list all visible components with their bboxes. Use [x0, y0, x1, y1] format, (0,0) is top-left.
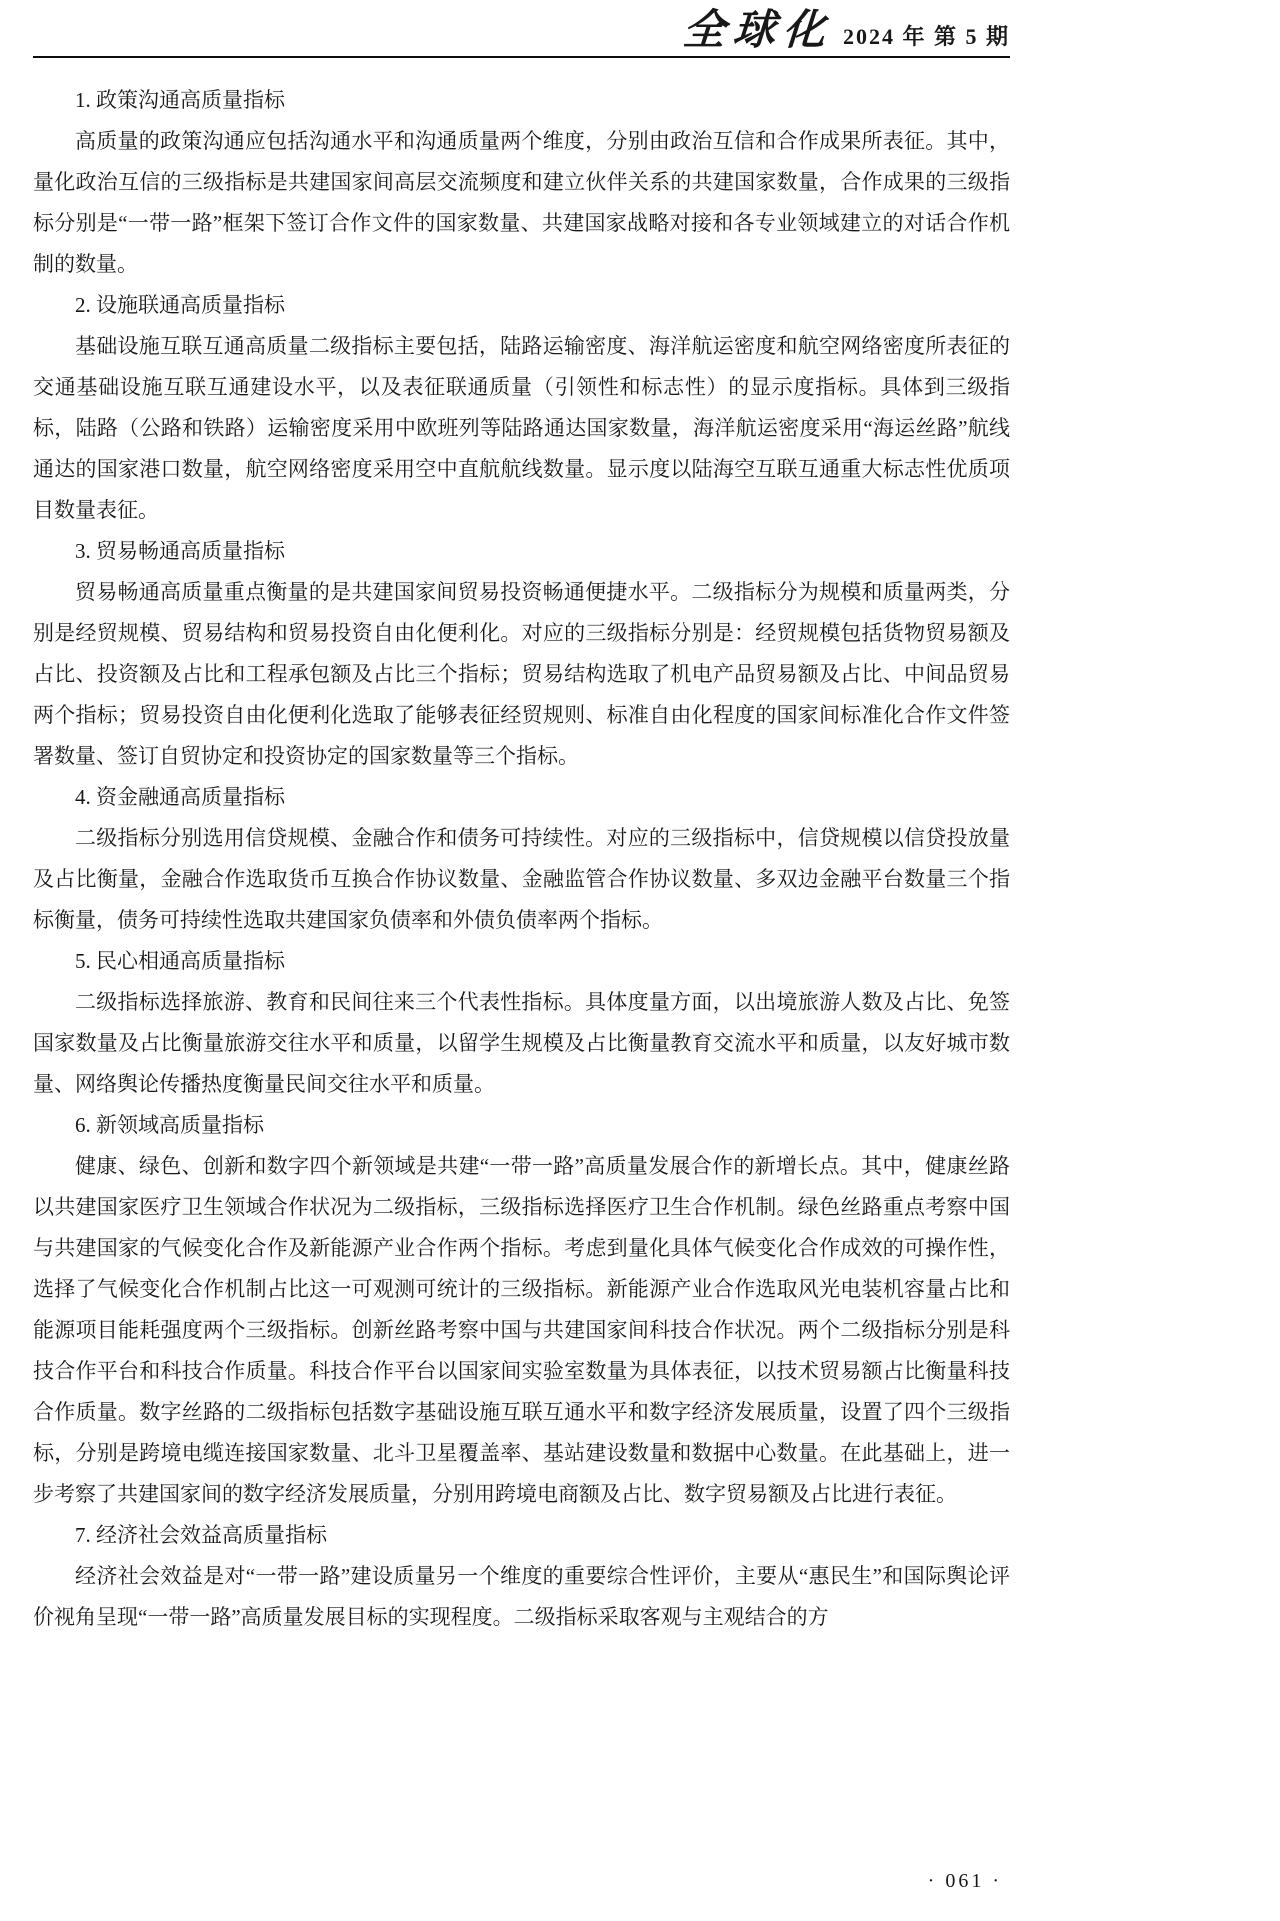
section-people-to-people: 5. 民心相通高质量指标 二级指标选择旅游、教育和民间往来三个代表性指标。具体度…: [33, 941, 1010, 1105]
section-heading: 3. 贸易畅通高质量指标: [33, 531, 1010, 572]
section-paragraph: 基础设施互联互通高质量二级指标主要包括，陆路运输密度、海洋航运密度和航空网络密度…: [33, 326, 1010, 531]
section-heading: 5. 民心相通高质量指标: [33, 941, 1010, 982]
section-financial-integration: 4. 资金融通高质量指标 二级指标分别选用信贷规模、金融合作和债务可持续性。对应…: [33, 777, 1010, 941]
page-body: 1. 政策沟通高质量指标 高质量的政策沟通应包括沟通水平和沟通质量两个维度，分别…: [33, 58, 1010, 1638]
page-content: 全球化 2024 年 第 5 期 1. 政策沟通高质量指标 高质量的政策沟通应包…: [33, 0, 1010, 1638]
section-heading: 7. 经济社会效益高质量指标: [33, 1515, 1010, 1556]
page-footer: · 061 ·: [928, 1870, 1002, 1893]
page-header: 全球化 2024 年 第 5 期: [33, 0, 1010, 58]
section-heading: 4. 资金融通高质量指标: [33, 777, 1010, 818]
page-number: · 061 ·: [928, 1870, 1002, 1892]
section-policy-communication: 1. 政策沟通高质量指标 高质量的政策沟通应包括沟通水平和沟通质量两个维度，分别…: [33, 80, 1010, 285]
section-paragraph: 二级指标分别选用信贷规模、金融合作和债务可持续性。对应的三级指标中，信贷规模以信…: [33, 818, 1010, 941]
section-facilities-connectivity: 2. 设施联通高质量指标 基础设施互联互通高质量二级指标主要包括，陆路运输密度、…: [33, 285, 1010, 531]
section-socioeconomic-benefits: 7. 经济社会效益高质量指标 经济社会效益是对“一带一路”建设质量另一个维度的重…: [33, 1515, 1010, 1638]
section-paragraph: 贸易畅通高质量重点衡量的是共建国家间贸易投资畅通便捷水平。二级指标分为规模和质量…: [33, 572, 1010, 777]
section-heading: 6. 新领域高质量指标: [33, 1105, 1010, 1146]
section-trade-connectivity: 3. 贸易畅通高质量指标 贸易畅通高质量重点衡量的是共建国家间贸易投资畅通便捷水…: [33, 531, 1010, 777]
section-paragraph: 经济社会效益是对“一带一路”建设质量另一个维度的重要综合性评价，主要从“惠民生”…: [33, 1556, 1010, 1638]
section-heading: 2. 设施联通高质量指标: [33, 285, 1010, 326]
journal-name: 全球化: [682, 10, 835, 52]
section-paragraph: 高质量的政策沟通应包括沟通水平和沟通质量两个维度，分别由政治互信和合作成果所表征…: [33, 121, 1010, 285]
journal-page: 全球化 2024 年 第 5 期 1. 政策沟通高质量指标 高质量的政策沟通应包…: [0, 0, 1280, 1921]
section-paragraph: 健康、绿色、创新和数字四个新领域是共建“一带一路”高质量发展合作的新增长点。其中…: [33, 1146, 1010, 1515]
issue-info: 2024 年 第 5 期: [843, 26, 1010, 48]
section-heading: 1. 政策沟通高质量指标: [33, 80, 1010, 121]
section-paragraph: 二级指标选择旅游、教育和民间往来三个代表性指标。具体度量方面，以出境旅游人数及占…: [33, 982, 1010, 1105]
section-new-domains: 6. 新领域高质量指标 健康、绿色、创新和数字四个新领域是共建“一带一路”高质量…: [33, 1105, 1010, 1515]
